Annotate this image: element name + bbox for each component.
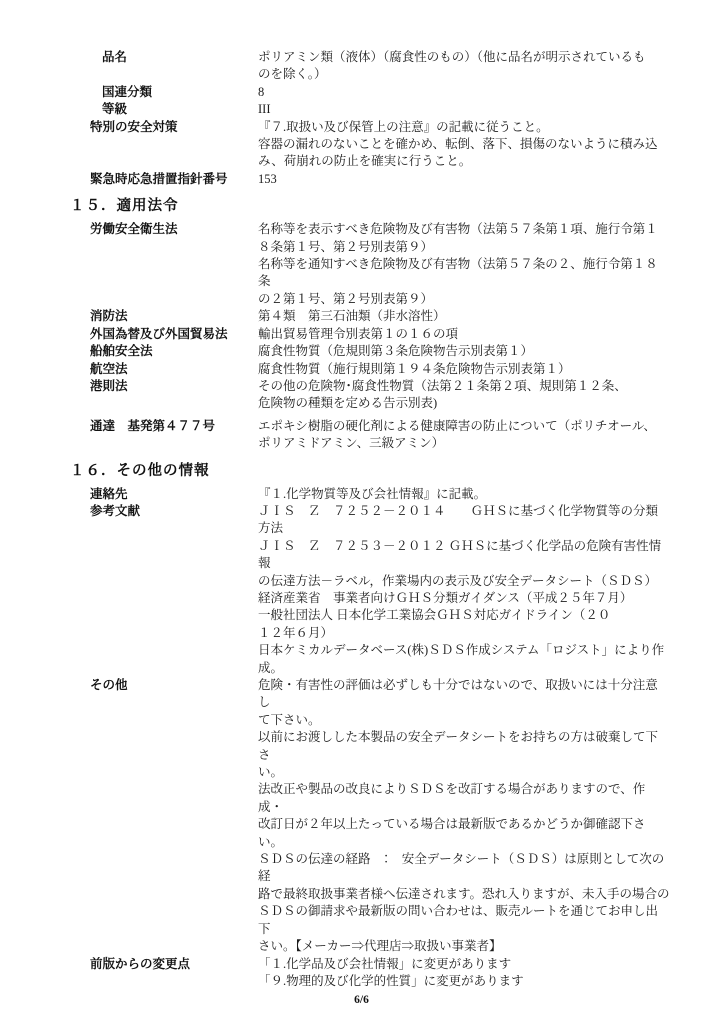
field-value: 腐食性物質（施行規則第１９４条危険物告示別表第１） (258, 361, 670, 378)
field-value-line: 成。 (258, 660, 670, 677)
field-value-line: さい。【メーカー⇒代理店⇒取扱い事業者】 (258, 938, 670, 955)
field-value-line: 『７.取扱い及び保管上の注意』の記載に従うこと。 (258, 119, 670, 136)
field-value: 腐食性物質（危規則第３条危険物告示別表第１） (258, 343, 670, 360)
field-value: 8 (258, 84, 670, 101)
document-body: 品名ポリアミン類（液体）（腐食性のもの）（他に品名が明示されているものを除く。）… (70, 49, 670, 990)
field-label: 港則法 (70, 378, 258, 395)
field-row: 特別の安全対策『７.取扱い及び保管上の注意』の記載に従うこと。容器の漏れのないこ… (70, 119, 670, 171)
field-value-line: 「１.化学品及び会社情報」に変更があります (258, 956, 670, 973)
field-value-line: 腐食性物質（危規則第３条危険物告示別表第１） (258, 343, 670, 360)
field-value-line: ＳＤＳの伝達の経路 ： 安全データシート（ＳＤＳ）は原則として次の経 (258, 851, 670, 886)
sds-document-page: 品名ポリアミン類（液体）（腐食性のもの）（他に品名が明示されているものを除く。）… (0, 0, 723, 1024)
field-value-line: 法改正や製品の改良によりＳＤＳを改訂する場合がありますので、作成・ (258, 781, 670, 816)
field-value-line: ８条第１号、第２号別表第９） (258, 239, 670, 256)
field-value-line: 改訂日が２年以上たっている場合は最新版であるかどうか御確認下さい。 (258, 816, 670, 851)
field-value: 『１.化学物質等及び会社情報』に記載。 (258, 486, 670, 503)
field-row: 等級III (70, 101, 670, 118)
field-row: 航空法腐食性物質（施行規則第１９４条危険物告示別表第１） (70, 361, 670, 378)
field-value-line: ＪＩＳ Ｚ ７２５２－２０１４ ＧＨＳに基づく化学物質等の分類方法 (258, 503, 670, 538)
field-value: 「１.化学品及び会社情報」に変更があります「９.物理的及び化学的性質」に変更があ… (258, 956, 670, 991)
field-row: 通達 基発第４７７号エポキシ樹脂の硬化剤による健康障害の防止について（ポリチオー… (70, 418, 670, 453)
field-value: III (258, 101, 670, 118)
field-row: 外国為替及び外国貿易法輸出貿易管理令別表第１の１６の項 (70, 326, 670, 343)
field-value-line: の２第１号、第２号別表第９） (258, 291, 670, 308)
field-label: 緊急時応急措置指針番号 (70, 171, 258, 188)
section-heading: １６．その他の情報 (70, 461, 670, 481)
field-label: 労働安全衛生法 (70, 221, 258, 238)
field-row: その他危険・有害性の評価は必ずしも十分ではないので、取扱いには十分注意して下さい… (70, 677, 670, 956)
field-value: 危険・有害性の評価は必ずしも十分ではないので、取扱いには十分注意して下さい。以前… (258, 677, 670, 956)
field-value-line: 名称等を通知すべき危険物及び有害物（法第５７条の２、施行令第１８条 (258, 256, 670, 291)
field-label: 航空法 (70, 361, 258, 378)
field-value-line: 容器の漏れのないことを確かめ、転倒、落下、損傷のないように積み込 (258, 136, 670, 153)
field-value-line: ポリアミドアミン、三級アミン） (258, 435, 670, 452)
field-row: 国連分類8 (70, 84, 670, 101)
field-value: ポリアミン類（液体）（腐食性のもの）（他に品名が明示されているものを除く。） (258, 49, 670, 84)
field-label: 通達 基発第４７７号 (70, 418, 258, 435)
field-value-line: １２年６月） (258, 625, 670, 642)
field-value-line: 一般社団法人 日本化学工業協会ＧＨＳ対応ガイドライン（２０ (258, 607, 670, 624)
field-label: 消防法 (70, 308, 258, 325)
field-value: 153 (258, 171, 670, 188)
field-label: 外国為替及び外国貿易法 (70, 326, 258, 343)
field-value-line: 153 (258, 171, 670, 188)
field-value: その他の危険物･腐食性物質（法第２１条第２項、規則第１２条、危険物の種類を定める… (258, 378, 670, 413)
field-row: 港則法その他の危険物･腐食性物質（法第２１条第２項、規則第１２条、危険物の種類を… (70, 378, 670, 413)
field-value-line: 名称等を表示すべき危険物及び有害物（法第５７条第１項、施行令第１ (258, 221, 670, 238)
field-value: 名称等を表示すべき危険物及び有害物（法第５７条第１項、施行令第１８条第１号、第２… (258, 221, 670, 308)
page-number: 6/6 (0, 994, 723, 1006)
field-row: 緊急時応急措置指針番号153 (70, 171, 670, 188)
field-row: 品名ポリアミン類（液体）（腐食性のもの）（他に品名が明示されているものを除く。） (70, 49, 670, 84)
field-row: 消防法第４類 第三石油類（非水溶性） (70, 308, 670, 325)
field-row: 船舶安全法腐食性物質（危規則第３条危険物告示別表第１） (70, 343, 670, 360)
field-value-line: ＳＤＳの御請求や最新版の問い合わせは、販売ルートを通じてお申し出下 (258, 903, 670, 938)
field-value-line: エポキシ樹脂の硬化剤による健康障害の防止について（ポリチオール、 (258, 418, 670, 435)
field-value-line: み、荷崩れの防止を確実に行うこと。 (258, 153, 670, 170)
field-value: 第４類 第三石油類（非水溶性） (258, 308, 670, 325)
field-value-line: III (258, 101, 670, 118)
field-label: 国連分類 (70, 84, 258, 101)
field-value-line: 危険・有害性の評価は必ずしも十分ではないので、取扱いには十分注意し (258, 677, 670, 712)
field-value-line: て下さい。 (258, 712, 670, 729)
field-value-line: 輸出貿易管理令別表第１の１６の項 (258, 326, 670, 343)
field-label: 船舶安全法 (70, 343, 258, 360)
field-value: エポキシ樹脂の硬化剤による健康障害の防止について（ポリチオール、ポリアミドアミン… (258, 418, 670, 453)
field-label: 等級 (70, 101, 258, 118)
field-value-line: の伝達方法－ラベル，作業場内の表示及び安全データシート（ＳＤＳ） (258, 573, 670, 590)
field-value: ＪＩＳ Ｚ ７２５２－２０１４ ＧＨＳに基づく化学物質等の分類方法ＪＩＳ Ｚ ７… (258, 503, 670, 677)
section-heading: １５．適用法令 (70, 196, 670, 216)
field-value-line: 『１.化学物質等及び会社情報』に記載。 (258, 486, 670, 503)
field-value: 輸出貿易管理令別表第１の１６の項 (258, 326, 670, 343)
field-row: 参考文献ＪＩＳ Ｚ ７２５２－２０１４ ＧＨＳに基づく化学物質等の分類方法ＪＩＳ… (70, 503, 670, 677)
field-value-line: ポリアミン類（液体）（腐食性のもの）（他に品名が明示されているも (258, 49, 670, 66)
field-value-line: その他の危険物･腐食性物質（法第２１条第２項、規則第１２条、 (258, 378, 670, 395)
field-value-line: 日本ケミカルデータベース(株)ＳＤＳ作成システム「ロジスト」により作 (258, 642, 670, 659)
field-value-line: ＪＩＳ Ｚ ７２５３－２０１２ ＧＨＳに基づく化学品の危険有害性情報 (258, 538, 670, 573)
field-value-line: のを除く。） (258, 66, 670, 83)
field-label: 前版からの変更点 (70, 956, 258, 973)
field-label: 参考文献 (70, 503, 258, 520)
field-value-line: 腐食性物質（施行規則第１９４条危険物告示別表第１） (258, 361, 670, 378)
field-label: 連絡先 (70, 486, 258, 503)
field-row: 労働安全衛生法名称等を表示すべき危険物及び有害物（法第５７条第１項、施行令第１８… (70, 221, 670, 308)
field-value-line: い。 (258, 764, 670, 781)
field-value-line: 経済産業省 事業者向けＧＨＳ分類ガイダンス（平成２５年７月） (258, 590, 670, 607)
field-value-line: 路で最終取扱事業者様へ伝達されます。恐れ入りますが、未入手の場合の (258, 886, 670, 903)
field-value: 『７.取扱い及び保管上の注意』の記載に従うこと。容器の漏れのないことを確かめ、転… (258, 119, 670, 171)
field-row: 連絡先『１.化学物質等及び会社情報』に記載。 (70, 486, 670, 503)
field-value-line: 第４類 第三石油類（非水溶性） (258, 308, 670, 325)
field-value-line: 危険物の種類を定める告示別表) (258, 395, 670, 412)
field-value-line: 8 (258, 84, 670, 101)
field-value-line: 「９.物理的及び化学的性質」に変更があります (258, 973, 670, 990)
field-row: 前版からの変更点「１.化学品及び会社情報」に変更があります「９.物理的及び化学的… (70, 956, 670, 991)
field-label: 特別の安全対策 (70, 119, 258, 136)
field-label: その他 (70, 677, 258, 694)
field-label: 品名 (70, 49, 258, 66)
field-value-line: 以前にお渡しした本製品の安全データシートをお持ちの方は破棄して下さ (258, 729, 670, 764)
